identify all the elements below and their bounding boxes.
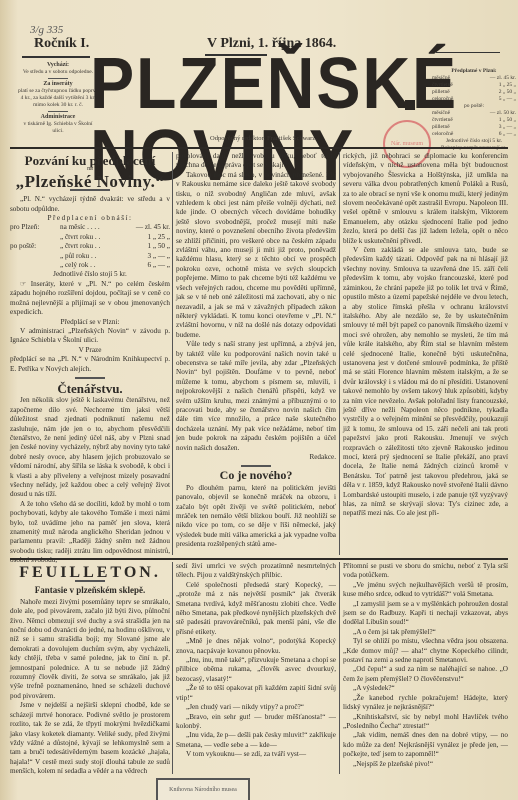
paragraph: „Bravo, ein sehr gut! — bruder měšťanost… — [176, 713, 336, 732]
price-row: čtvrtletně1 „ 50 „ — [432, 117, 516, 124]
price-table-posta: měsíčně— zl. 50 kr.čtvrtletně1 „ 50 „půl… — [432, 110, 516, 138]
single-price: Jednotlivé číslo stojí 5 kr. — [10, 270, 170, 279]
price-row: „ čtvrt roku . .1 „ 25 „ — [10, 233, 170, 242]
price-list: pro Plzeň:na měsíc . . . .— zl. 45 kr.„ … — [10, 223, 170, 270]
price-cell: 1 „ 50 „ — [120, 242, 170, 251]
price-cell: celoročně — [432, 131, 453, 138]
price-cell: celoročně — [432, 96, 453, 103]
price-cell: 6 „ — „ — [499, 131, 516, 138]
column-2: povolování daní, nežli svobodu tisku, ne… — [176, 152, 336, 550]
paragraph: Tyl se ohlíží po místu, všechna vědra js… — [343, 637, 508, 665]
paragraph: „Od čepu!“ a sud za ním se naléhající se… — [343, 665, 508, 684]
column-divider — [339, 152, 340, 555]
price-row: půlletně3 „ — „ — [432, 124, 516, 131]
newspaper-page: 3/g 335 Ročník I. V Plzni, 1. října 1864… — [0, 0, 518, 800]
handwritten-note: 3/g 335 — [30, 24, 63, 36]
paragraph: Po dlouhém parnu, které na politickém je… — [176, 484, 336, 550]
feuilleton-heading: FEUILLETON. — [10, 568, 170, 577]
column-divider — [172, 152, 173, 555]
info-heading: Administrace — [41, 114, 76, 120]
info-heading: Předplatné v Plzni: — [451, 68, 496, 74]
editor-line: Odpovědný redaktor: František Schwarz. — [210, 135, 317, 142]
price-cell: 2 „ 50 „ — [499, 89, 516, 96]
info-text: Ve středu a v sobotu odpoledne. — [18, 69, 98, 76]
paragraph: Celé společnosti předsedá starý Kopecký,… — [176, 581, 336, 637]
paragraph: „Že kanebod rychle pokračujem! Hádejte, … — [343, 694, 508, 713]
price-row: „ půl roku . .3 „ — „ — [10, 252, 170, 261]
paragraph: V administraci „Plzeňských Novin“ v závo… — [10, 327, 170, 346]
paragraph: „Pl. N.“ vycházejí týdně dvakrát: ve stř… — [10, 195, 170, 214]
feuilleton-column-3: Přítomní se pusti ve sboru do smíchu, ne… — [343, 562, 508, 769]
divider — [48, 111, 68, 112]
signature: Redakce. — [176, 453, 336, 462]
price-cell: — zl. 45 kr. — [490, 75, 516, 82]
paragraph: „A výsledek?“ — [343, 684, 508, 693]
publication-info-box: Vychází: Ve středu a v sobotu odpoledne.… — [18, 62, 98, 135]
price-cell: pro Plzeň: — [10, 223, 60, 232]
price-cell: 1 „ 25 „ — [499, 82, 516, 89]
title-period — [405, 100, 415, 110]
paragraph: ☞ Inseráty, které v „Pl. N.“ po celém če… — [10, 280, 170, 318]
info-heading: Vychází: — [47, 62, 69, 68]
price-cell: čtvrtletně — [432, 82, 453, 89]
price-table-plzen: měsíčně— zl. 45 kr.čtvrtletně1 „ 25 „půl… — [432, 75, 516, 103]
price-cell: měsíčně — [432, 75, 450, 82]
info-text: platí se za čtyřstupnou řádku poprvé 4 k… — [18, 88, 98, 109]
price-cell: půlletně — [432, 89, 450, 96]
price-cell: 1 „ 50 „ — [499, 117, 516, 124]
paragraph: předplácí se na „Pl. N.“ v Národním Knih… — [10, 355, 170, 374]
column-divider — [172, 562, 173, 774]
price-cell: půlletně — [432, 124, 450, 131]
price-row: měsíčně— zl. 45 kr. — [432, 75, 516, 82]
price-cell: na měsíc . . . . — [60, 223, 120, 232]
volume-label: Ročník I. — [34, 36, 89, 52]
masthead-divider — [10, 147, 508, 149]
subscription-info-box: Předplatné v Plzni: měsíčně— zl. 45 kr.č… — [432, 68, 516, 152]
paper-name-heading: „Plzeňské Noviny.“ — [10, 177, 170, 186]
paragraph: Takovou moc má slovo, v novinách proneše… — [176, 171, 336, 340]
price-cell — [10, 233, 60, 242]
price-cell — [10, 261, 60, 270]
price-cell — [10, 252, 60, 261]
divider — [48, 78, 68, 79]
paragraph: „Jen chudý vari — nikdy vtipy? a proč?“ — [176, 703, 336, 712]
subheading: Předplácí se v Plzni: — [10, 318, 170, 327]
paragraph: „Knihtiskařství, sic by nebyl mohl Havlí… — [343, 713, 508, 732]
price-cell: „ čtvrt roku . . — [60, 233, 120, 242]
ornament-divider — [241, 465, 271, 467]
price-cell: „ celý rok . . — [60, 261, 120, 270]
paragraph: „Inu, inu, mně také“, přizvukuje Smetana… — [176, 656, 336, 684]
price-row: celoročně5 „ — „ — [432, 96, 516, 103]
price-cell: 6 „ — „ — [120, 261, 170, 270]
price-row: celoročně6 „ — „ — [432, 131, 516, 138]
price-cell: 3 „ — „ — [120, 252, 170, 261]
price-cell: 5 „ — „ — [499, 96, 516, 103]
price-cell: — zl. 50 kr. — [490, 110, 516, 117]
price-cell: „ půl roku . . — [60, 252, 120, 261]
column-divider — [339, 562, 340, 774]
paragraph: povolování daní, nežli svobodu tisku, ne… — [176, 152, 336, 171]
price-cell: po poště: — [10, 242, 60, 251]
paragraph: „Inu vida, že p— dešli pak česky mluvit!… — [176, 731, 336, 750]
column-3: rických, již nebohraci se diplomacie ku … — [343, 152, 508, 519]
library-label: Knihovna Národního musea — [156, 778, 250, 800]
paragraph: Nahoře mezi živými posemůány teprv se sm… — [10, 598, 170, 701]
price-row: po poště:„ čtvrt roku . .1 „ 50 „ — [10, 242, 170, 251]
price-row: čtvrtletně1 „ 25 „ — [432, 82, 516, 89]
feuilleton-column-2: sedí živí umrlci ve svých prozatímně nes… — [176, 562, 336, 760]
section-heading: Čtenářstvu. — [10, 384, 170, 393]
paragraph: „I zamyslil jsem se a v myšlénkách pohro… — [343, 600, 508, 628]
feuilleton-subtitle: Fantasie v plzeňském sklepě. — [10, 586, 170, 595]
price-cell: — zl. 45 kr. — [120, 223, 170, 232]
paragraph: V čem zakládá se ale smlouva tato, bude … — [343, 246, 508, 519]
paragraph: „Jak vidím, nemáš dnes den na dobré vtip… — [343, 731, 508, 759]
price-cell: „ čtvrt roku . . — [60, 242, 120, 251]
price-row: „ celý rok . .6 „ — „ — [10, 261, 170, 270]
price-row: pro Plzeň:na měsíc . . . .— zl. 45 kr. — [10, 223, 170, 232]
paragraph: sedí živí umrlci ve svých prozatímně nes… — [176, 562, 336, 581]
column-1: Pozvání ku předplacení na „Plzeňské Novi… — [10, 152, 170, 566]
price-heading: Předplacení obnáší: — [10, 214, 170, 223]
paragraph: „Ve jménu svých nejkulhavějších veršů tě… — [343, 581, 508, 600]
price-cell: měsíčně — [432, 110, 450, 117]
info-heading: Za inseráty — [43, 81, 72, 87]
divider — [22, 56, 90, 58]
info-heading: po poště: — [432, 103, 516, 110]
paragraph: A že toho všeho dá se docíliti, kdož by … — [10, 500, 170, 566]
paragraph: Přítomní se pusti ve sboru do smíchu, ne… — [343, 562, 508, 581]
paragraph: V tom vykouknu— se zdí, za tváří vyst— — [176, 750, 336, 759]
feuilleton-divider — [10, 558, 508, 560]
paragraph: Vůle tedy s naší strany jest upřímná, a … — [176, 340, 336, 453]
feuilleton-column-1: FEUILLETON. Fantasie v plzeňském sklepě.… — [10, 562, 170, 777]
price-cell: čtvrtletně — [432, 117, 453, 124]
subscription-heading: Pozvání ku předplacení — [10, 156, 170, 165]
paragraph: „Že tě to těší opakovat při každém zapit… — [176, 684, 336, 703]
ornament-divider — [75, 377, 105, 379]
paragraph: rických, již nebohraci se diplomacie ku … — [343, 152, 508, 246]
paragraph: Jsme v nejdelší a nejširší sklepní chodb… — [10, 701, 170, 776]
subheading: V Praze — [10, 346, 170, 355]
price-cell: 3 „ — „ — [499, 124, 516, 131]
price-cell: 1 „ 25 „ — [120, 233, 170, 242]
paragraph: „A o čem jsi tak přemýšlel?“ — [343, 628, 508, 637]
paragraph: „Nejspíš že plzeňské pivo!“ — [343, 760, 508, 769]
price-row: měsíčně— zl. 50 kr. — [432, 110, 516, 117]
info-text: Jednotlivé číslo stojí 5 kr. — [432, 138, 516, 145]
section-heading: Co je nového? — [176, 471, 336, 480]
price-row: půlletně2 „ 50 „ — [432, 89, 516, 96]
info-text: v tiskárně Ig. Schiebla v Školní ulici. — [18, 121, 98, 135]
paragraph: „Mně je dnes nějak volno“, podotýká Kope… — [176, 637, 336, 656]
paragraph: Jen několik slov ještě k laskavému čtená… — [10, 396, 170, 499]
